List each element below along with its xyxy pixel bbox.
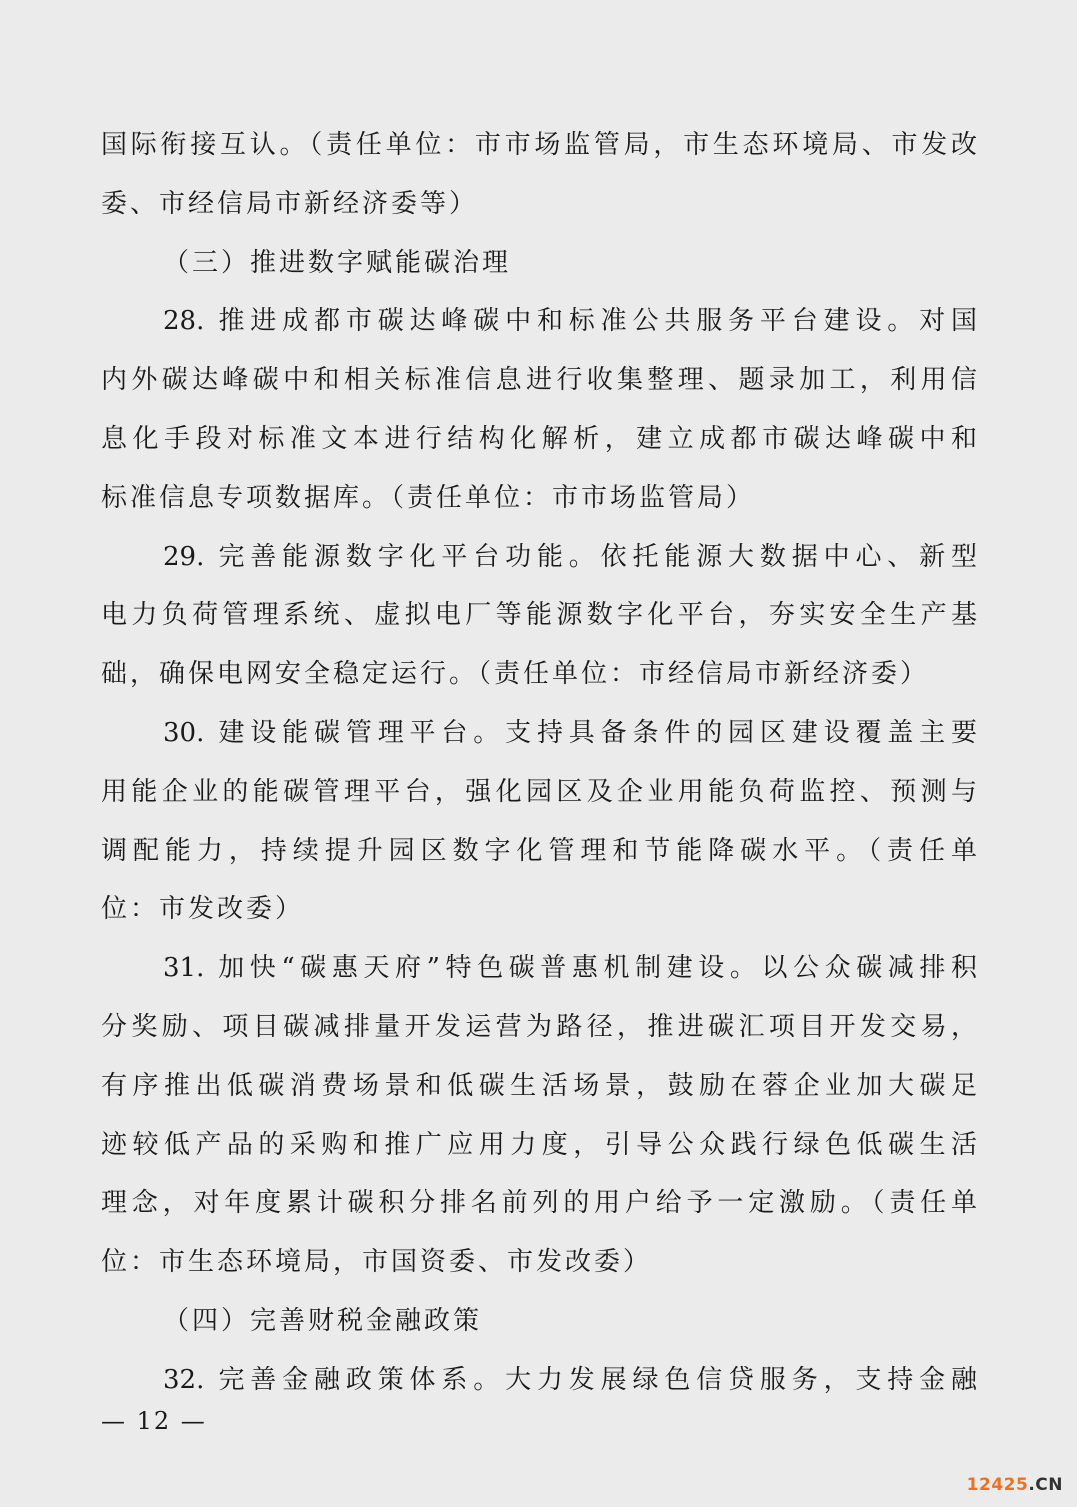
text-line: 电力负荷管理系统、虚拟电厂等能源数字化平台，夯实安全生产基 [101, 586, 977, 645]
item-32-title-line: 32. 完善金融政策体系。大力发展绿色信贷服务，支持金融 [101, 1351, 977, 1410]
text-line: 用能企业的能碳管理平台，强化园区及企业用能负荷监控、预测与 [101, 763, 977, 822]
text-line: 位：市生态环境局，市国资委、市发改委） [101, 1233, 977, 1292]
text-line: 础，确保电网安全稳定运行。（责任单位：市经信局市新经济委） [101, 645, 977, 704]
watermark-number: 12425 [967, 1475, 1029, 1495]
watermark-logo: 12425.CN [967, 1475, 1063, 1495]
text-line: 理念，对年度累计碳积分排名前列的用户给予一定激励。（责任单 [101, 1174, 977, 1233]
item-30-title-line: 30. 建设能碳管理平台。支持具备条件的园区建设覆盖主要 [101, 704, 977, 763]
text-line: 国际衔接互认。（责任单位：市市场监管局，市生态环境局、市发改 [101, 116, 977, 175]
watermark-domain: .CN [1028, 1475, 1063, 1495]
text-line: 调配能力，持续提升园区数字化管理和节能降碳水平。（责任单 [101, 822, 977, 881]
text-line: 息化手段对标准文本进行结构化解析，建立成都市碳达峰碳中和 [101, 410, 977, 469]
page-number: — 12 — [101, 1404, 207, 1438]
item-31-title-line: 31. 加快“碳惠天府”特色碳普惠机制建设。以公众碳减排积 [101, 939, 977, 998]
section-heading-3: （三）推进数字赋能碳治理 [101, 234, 977, 293]
text-line: 迹较低产品的采购和推广应用力度，引导公众践行绿色低碳生活 [101, 1116, 977, 1175]
item-29-title-line: 29. 完善能源数字化平台功能。依托能源大数据中心、新型 [101, 528, 977, 587]
section-heading-4: （四）完善财税金融政策 [101, 1292, 977, 1351]
text-line: 内外碳达峰碳中和相关标准信息进行收集整理、题录加工，利用信 [101, 351, 977, 410]
text-line: 有序推出低碳消费场景和低碳生活场景，鼓励在蓉企业加大碳足 [101, 1057, 977, 1116]
item-28-title-line: 28. 推进成都市碳达峰碳中和标准公共服务平台建设。对国 [101, 292, 977, 351]
text-line: 委、市经信局市新经济委等） [101, 175, 977, 234]
text-line: 位：市发改委） [101, 880, 977, 939]
text-line: 分奖励、项目碳减排量开发运营为路径，推进碳汇项目开发交易， [101, 998, 977, 1057]
text-line: 标准信息专项数据库。（责任单位：市市场监管局） [101, 469, 977, 528]
document-body: 国际衔接互认。（责任单位：市市场监管局，市生态环境局、市发改 委、市经信局市新经… [101, 116, 977, 1410]
